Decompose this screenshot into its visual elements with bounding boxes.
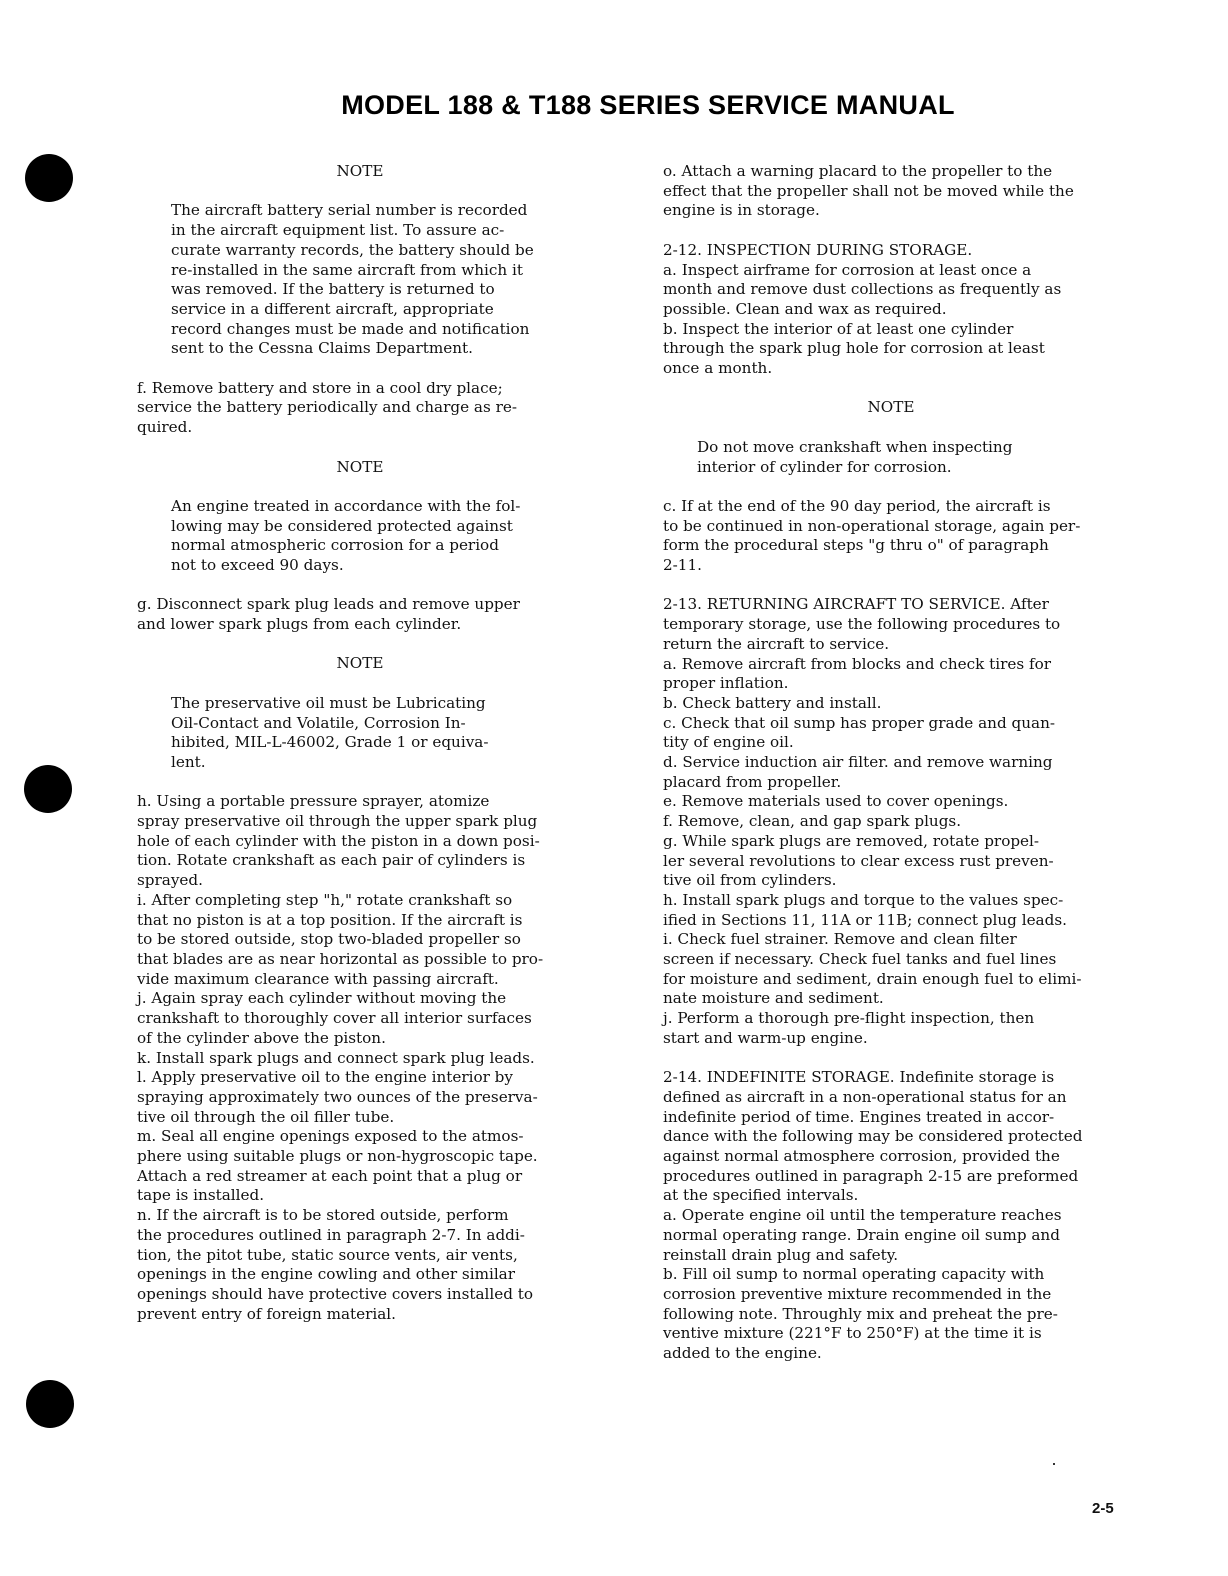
step-g-disconnect-spark-plugs: g. Disconnect spark plug leads and remov…: [137, 595, 617, 634]
note-engine-protection: An engine treated in accordance with the…: [171, 497, 617, 576]
step-h: h. Using a portable pressure sprayer, at…: [137, 792, 617, 891]
step-2-13-c: c. Check that oil sump has proper grade …: [663, 714, 1143, 753]
step-2-12-c: c. If at the end of the 90 day period, t…: [663, 497, 1143, 576]
step-2-14-a: a. Operate engine oil until the temperat…: [663, 1206, 1143, 1265]
step-n: n. If the aircraft is to be stored outsi…: [137, 1206, 617, 1324]
step-2-12-b: b. Inspect the interior of at least one …: [663, 320, 1143, 379]
step-2-13-f: f. Remove, clean, and gap spark plugs.: [663, 812, 1143, 832]
step-2-12-a: a. Inspect airframe for corrosion at lea…: [663, 261, 1143, 320]
note-battery-serial: The aircraft battery serial number is re…: [171, 201, 617, 359]
step-f-remove-battery: f. Remove battery and store in a cool dr…: [137, 379, 617, 438]
scan-speck: [1053, 1463, 1055, 1465]
page-number: 2-5: [1092, 1500, 1114, 1517]
step-j: j. Again spray each cylinder without mov…: [137, 989, 617, 1048]
section-heading-2-12: 2-12. INSPECTION DURING STORAGE.: [663, 241, 1143, 261]
right-column: o. Attach a warning placard to the prope…: [663, 162, 1143, 1364]
step-2-13-i: i. Check fuel strainer. Remove and clean…: [663, 930, 1143, 1009]
binder-hole-top: [25, 154, 73, 202]
left-column: NOTE The aircraft battery serial number …: [137, 162, 617, 1324]
note-heading: NOTE: [137, 162, 583, 182]
step-2-13-a: a. Remove aircraft from blocks and check…: [663, 655, 1143, 694]
note-heading: NOTE: [137, 654, 583, 674]
step-l: l. Apply preservative oil to the engine …: [137, 1068, 617, 1127]
section-heading-2-14: 2-14. INDEFINITE STORAGE.: [663, 1068, 895, 1086]
step-2-13-h: h. Install spark plugs and torque to the…: [663, 891, 1143, 930]
note-crankshaft: Do not move crankshaft when inspecting i…: [697, 438, 1143, 477]
section-2-13-intro: 2-13. RETURNING AIRCRAFT TO SERVICE. Aft…: [663, 595, 1143, 654]
binder-hole-middle: [24, 765, 72, 813]
step-2-13-j: j. Perform a thorough pre-flight inspect…: [663, 1009, 1143, 1048]
section-heading-2-13: 2-13. RETURNING AIRCRAFT TO SERVICE.: [663, 595, 1005, 613]
step-o-warning-placard: o. Attach a warning placard to the prope…: [663, 162, 1143, 221]
step-m: m. Seal all engine openings exposed to t…: [137, 1127, 617, 1206]
step-2-13-g: g. While spark plugs are removed, rotate…: [663, 832, 1143, 891]
step-2-13-b: b. Check battery and install.: [663, 694, 1143, 714]
step-k: k. Install spark plugs and connect spark…: [137, 1049, 617, 1069]
note-heading: NOTE: [663, 398, 1119, 418]
step-2-14-b: b. Fill oil sump to normal operating cap…: [663, 1265, 1143, 1364]
section-2-14-intro-text: Indefinite storage is defined as aircraf…: [663, 1068, 1083, 1204]
step-2-13-d: d. Service induction air filter. and rem…: [663, 753, 1143, 792]
step-i: i. After completing step "h," rotate cra…: [137, 891, 617, 990]
step-2-13-e: e. Remove materials used to cover openin…: [663, 792, 1143, 812]
binder-hole-bottom: [26, 1380, 74, 1428]
note-preservative-oil: The preservative oil must be Lubricating…: [171, 694, 617, 773]
note-heading: NOTE: [137, 458, 583, 478]
section-2-14-intro: 2-14. INDEFINITE STORAGE. Indefinite sto…: [663, 1068, 1143, 1206]
page-title: MODEL 188 & T188 SERIES SERVICE MANUAL: [0, 90, 1228, 121]
